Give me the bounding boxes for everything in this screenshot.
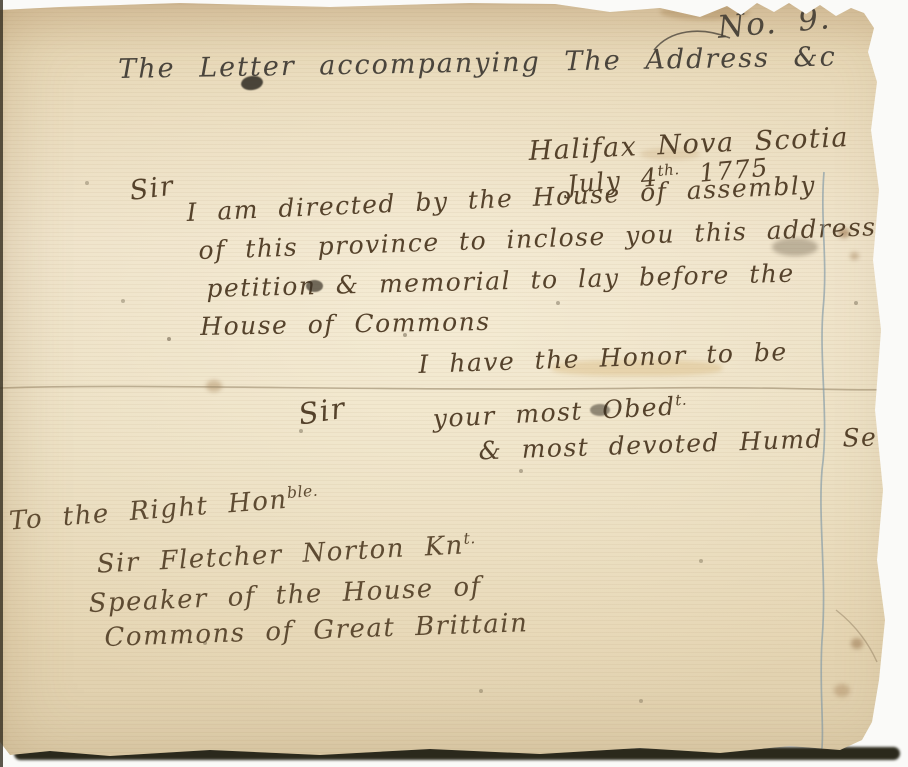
ink-smudge-address [772, 238, 818, 256]
salutation: Sir [128, 171, 176, 207]
laid-paper-texture [0, 0, 908, 767]
stain-bottom-right [851, 638, 863, 649]
body-line-4: House of Commons [200, 307, 491, 341]
ink-blot-obedient [590, 404, 610, 416]
scan-left-edge-shadow [0, 0, 3, 767]
name-superscript: t. [463, 529, 476, 548]
stain-bottom-right-2 [834, 684, 850, 697]
obedient-superscript: t. [675, 391, 688, 410]
stain-right-upper-2 [850, 252, 859, 260]
paper-sheet: No. 9. The Letter accompanying The Addre… [0, 0, 908, 767]
stain-left-mid [206, 380, 222, 392]
scanned-letter-page: No. 9. The Letter accompanying The Addre… [0, 0, 908, 767]
ink-blot-memorial [306, 280, 323, 292]
to-superscript: ble. [286, 482, 318, 502]
